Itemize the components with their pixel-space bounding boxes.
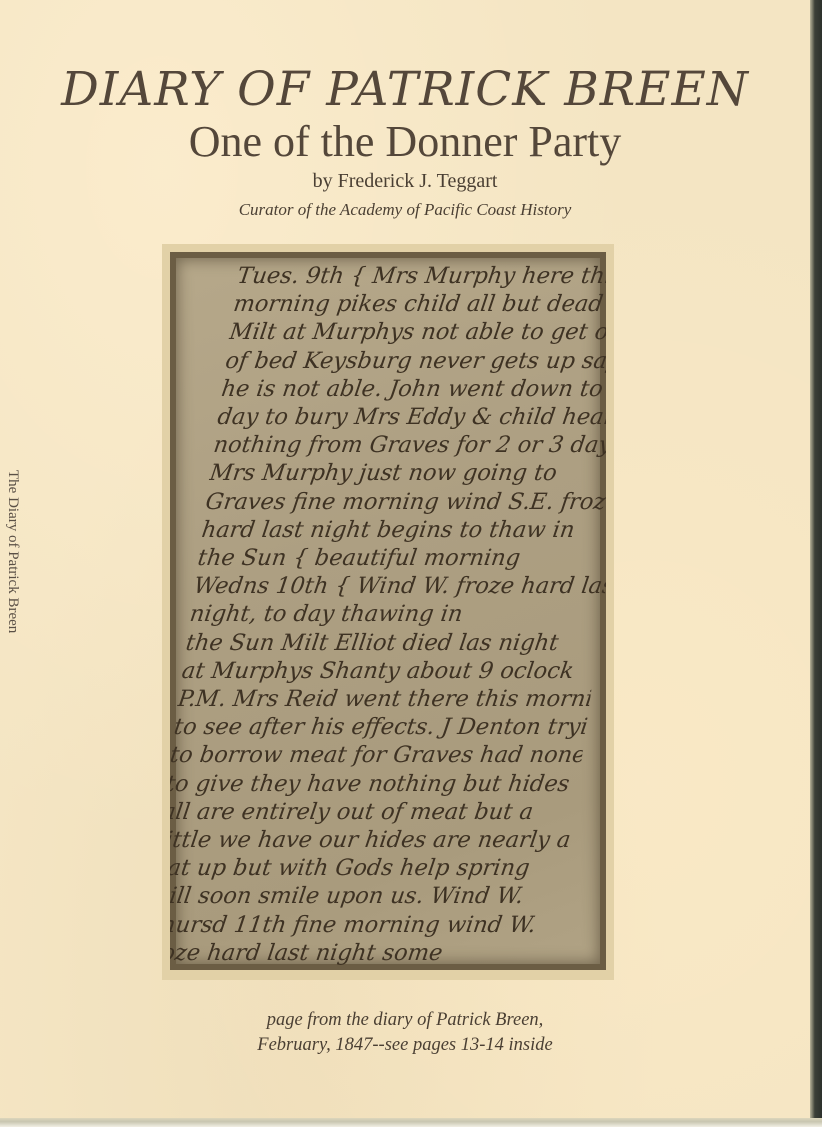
spine-text: The Diary of Patrick Breen [4,470,21,633]
cover-edge-right [810,0,822,1127]
diary-line: he is not able. John went down to [220,375,606,403]
diary-line: of bed Keysburg never gets up says [224,347,606,375]
book-cover: DIARY OF PATRICK BREEN One of the Donner… [0,0,810,1118]
diary-line: the Sun Milt Elliot died las night [184,629,600,657]
diary-line: night, to day thawing in [188,600,604,628]
diary-page-image: Tues. 9th { Mrs Murphy here thismorning … [162,244,614,980]
diary-line: Graves fine morning wind S.E. froze [204,488,606,516]
caption-line-1: page from the diary of Patrick Breen, [0,1008,810,1033]
caption-line-2: February, 1847--see pages 13-14 inside [0,1033,810,1058]
diary-line: Milt at Murphys not able to get out [228,318,606,346]
diary-line: hard last night begins to thaw in [200,516,606,544]
diary-line: day to bury Mrs Eddy & child heard [216,403,606,431]
image-caption: page from the diary of Patrick Breen, Fe… [0,1008,810,1058]
diary-line: Tues. 9th { Mrs Murphy here this [236,262,606,290]
diary-line: eat up but with Gods help spring [170,854,568,882]
cover-edge-bottom [0,1118,822,1127]
diary-line: froze hard last night some [170,939,556,967]
diary-line: Wedns 10th { Wind W. froze hard last [192,572,606,600]
diary-line: to borrow meat for Graves had none [170,741,584,769]
diary-line: Mrs Murphy just now going to [208,459,606,487]
diary-line: at Murphys Shanty about 9 oclock [180,657,596,685]
diary-line: to give they have nothing but hides [170,770,580,798]
diary-line: P.M. Mrs Reid went there this mornin [176,685,592,713]
diary-line: will soon smile upon us. Wind W. [170,882,564,910]
author-role: Curator of the Academy of Pacific Coast … [0,200,810,220]
diary-line: morning pikes child all but dead [232,290,606,318]
book-title: DIARY OF PATRICK BREEN [0,62,810,117]
author-byline: by Frederick J. Teggart [0,170,810,193]
handwritten-text: Tues. 9th { Mrs Murphy here thismorning … [170,262,606,970]
diary-manuscript: Tues. 9th { Mrs Murphy here thismorning … [170,252,606,970]
diary-line: little we have our hides are nearly all [170,826,572,854]
diary-line: clouds lying in the E. looks like thaw [170,967,552,970]
diary-line: all are entirely out of meat but a [170,798,576,826]
diary-line: the Sun { beautiful morning [196,544,606,572]
diary-line: Thursd 11th fine morning wind W. [170,911,560,939]
diary-line: to see after his effects. J Denton tryin… [172,713,588,741]
book-subtitle: One of the Donner Party [0,116,810,167]
diary-line: nothing from Graves for 2 or 3 days [212,431,606,459]
